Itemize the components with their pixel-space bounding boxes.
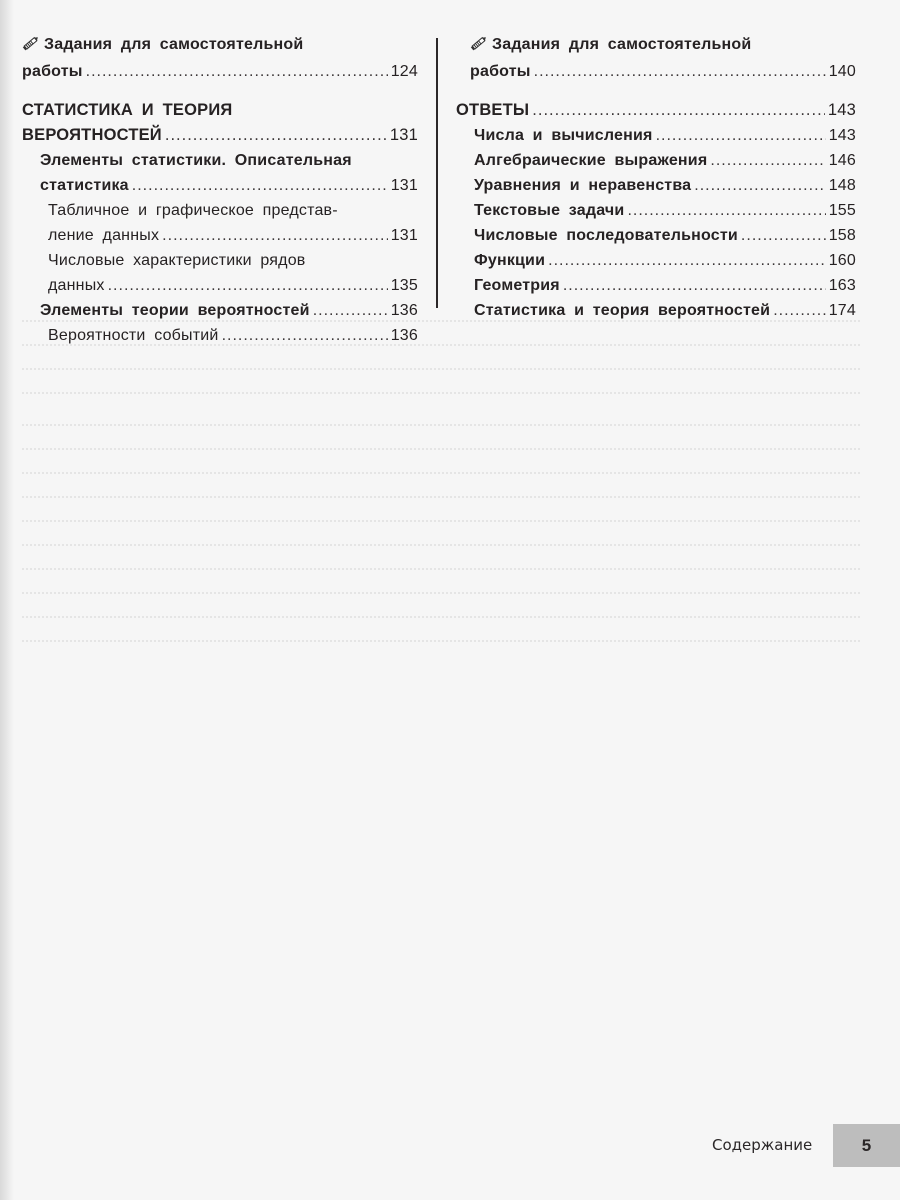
toc-entry-title-cont: данных — [48, 273, 105, 298]
toc-entry-title: Задания для самостоятельной — [44, 36, 303, 53]
toc-page-number: 146 — [829, 148, 856, 173]
toc-left-column: Задания для самостоятельной работы 124 С… — [22, 32, 418, 348]
toc-entry-answers[interactable]: ОТВЕТЫ 143 — [456, 98, 856, 123]
toc-page-number: 143 — [828, 98, 856, 123]
toc-entry-title-cont: ление данных — [48, 223, 159, 248]
toc-entry-title: Уравнения и неравенства — [474, 173, 691, 198]
dot-leader — [534, 59, 826, 84]
toc-entry-title-cont: ВЕРОЯТНОСТЕЙ — [22, 123, 162, 148]
toc-entry-title: Геометрия — [474, 273, 560, 298]
toc-entry-probability-elements[interactable]: Элементы теории вероятностей 136 — [22, 298, 418, 323]
toc-entry-algebraic-expressions[interactable]: Алгебраические выражения 146 — [456, 148, 856, 173]
running-footer-section: Содержание — [712, 1136, 812, 1154]
toc-entry-title: Текстовые задачи — [474, 198, 624, 223]
toc-entry-number-sequences[interactable]: Числовые последовательности 158 — [456, 223, 856, 248]
toc-page-number: 160 — [829, 248, 856, 273]
dot-leader — [162, 223, 388, 248]
reverse-side-show-through — [0, 320, 900, 1080]
toc-entry-title: Числовые характеристики рядов — [48, 248, 418, 273]
toc-entry-title: Задания для самостоятельной — [492, 36, 751, 53]
toc-page-number: 163 — [829, 273, 856, 298]
dot-leader — [86, 59, 388, 84]
toc-entry-title: ОТВЕТЫ — [456, 98, 529, 123]
pencil-icon — [22, 34, 44, 59]
toc-page-number: 124 — [391, 59, 418, 84]
dot-leader — [532, 98, 825, 123]
dot-leader — [132, 173, 388, 198]
toc-page-number: 131 — [391, 223, 418, 248]
dot-leader — [548, 248, 826, 273]
column-divider — [436, 38, 438, 308]
toc-entry-title: Числа и вычисления — [474, 123, 653, 148]
toc-entry-functions[interactable]: Функции 160 — [456, 248, 856, 273]
toc-entry-title: Числовые последовательности — [474, 223, 738, 248]
toc-entry-geometry[interactable]: Геометрия 163 — [456, 273, 856, 298]
dot-leader — [694, 173, 825, 198]
toc-entry-descriptive-statistics[interactable]: Элементы статистики. Описательная статис… — [22, 148, 418, 198]
toc-entry-tasks-self-work[interactable]: Задания для самостоятельной работы 140 — [456, 32, 856, 84]
dot-leader — [108, 273, 388, 298]
toc-entry-word-problems[interactable]: Текстовые задачи 155 — [456, 198, 856, 223]
toc-page-number: 135 — [391, 273, 418, 298]
dot-leader — [222, 323, 388, 348]
toc-entry-title-cont: работы — [470, 59, 531, 84]
dot-leader — [656, 123, 826, 148]
dot-leader — [710, 148, 825, 173]
toc-entry-numeric-characteristics[interactable]: Числовые характеристики рядов данных 135 — [22, 248, 418, 298]
toc-entry-title: Элементы статистики. Описательная — [40, 148, 418, 173]
toc-entry-title: Элементы теории вероятностей — [40, 298, 310, 323]
toc-page-number: 136 — [391, 298, 418, 323]
dot-leader — [773, 298, 826, 323]
dot-leader — [313, 298, 388, 323]
toc-entry-statistics-probability-answers[interactable]: Статистика и теория вероятностей 174 — [456, 298, 856, 323]
toc-entry-title: Вероятности событий — [48, 323, 219, 348]
dot-leader — [563, 273, 826, 298]
toc-entry-title: СТАТИСТИКА И ТЕОРИЯ — [22, 98, 418, 123]
toc-page-number: 143 — [829, 123, 856, 148]
dot-leader — [627, 198, 825, 223]
toc-entry-tasks-self-work[interactable]: Задания для самостоятельной работы 124 — [22, 32, 418, 84]
toc-page-number: 158 — [829, 223, 856, 248]
toc-entry-title: Табличное и графическое представ- — [48, 198, 418, 223]
page-gutter-shadow — [0, 0, 14, 1200]
toc-page-number: 148 — [829, 173, 856, 198]
toc-entry-title: Функции — [474, 248, 545, 273]
dot-leader — [741, 223, 826, 248]
toc-entry-event-probabilities[interactable]: Вероятности событий 136 — [22, 323, 418, 348]
toc-page-number: 174 — [829, 298, 856, 323]
pencil-icon — [470, 34, 492, 59]
toc-entry-title-cont: работы — [22, 59, 83, 84]
toc-entry-title: Алгебраические выражения — [474, 148, 707, 173]
toc-page-number: 140 — [829, 59, 856, 84]
toc-right-column: Задания для самостоятельной работы 140 О… — [456, 32, 856, 323]
toc-entry-data-representation[interactable]: Табличное и графическое представ- ление … — [22, 198, 418, 248]
toc-page-number: 131 — [390, 123, 418, 148]
page-number-tab: 5 — [833, 1124, 900, 1167]
toc-page-number: 136 — [391, 323, 418, 348]
toc-page-number: 155 — [829, 198, 856, 223]
dot-leader — [165, 123, 387, 148]
toc-entry-title: Статистика и теория вероятностей — [474, 298, 770, 323]
toc-entry-equations-inequalities[interactable]: Уравнения и неравенства 148 — [456, 173, 856, 198]
toc-page-number: 131 — [391, 173, 418, 198]
toc-entry-statistics-probability[interactable]: СТАТИСТИКА И ТЕОРИЯ ВЕРОЯТНОСТЕЙ 131 — [22, 98, 418, 148]
toc-entry-numbers-calculations[interactable]: Числа и вычисления 143 — [456, 123, 856, 148]
toc-entry-title-cont: статистика — [40, 173, 129, 198]
